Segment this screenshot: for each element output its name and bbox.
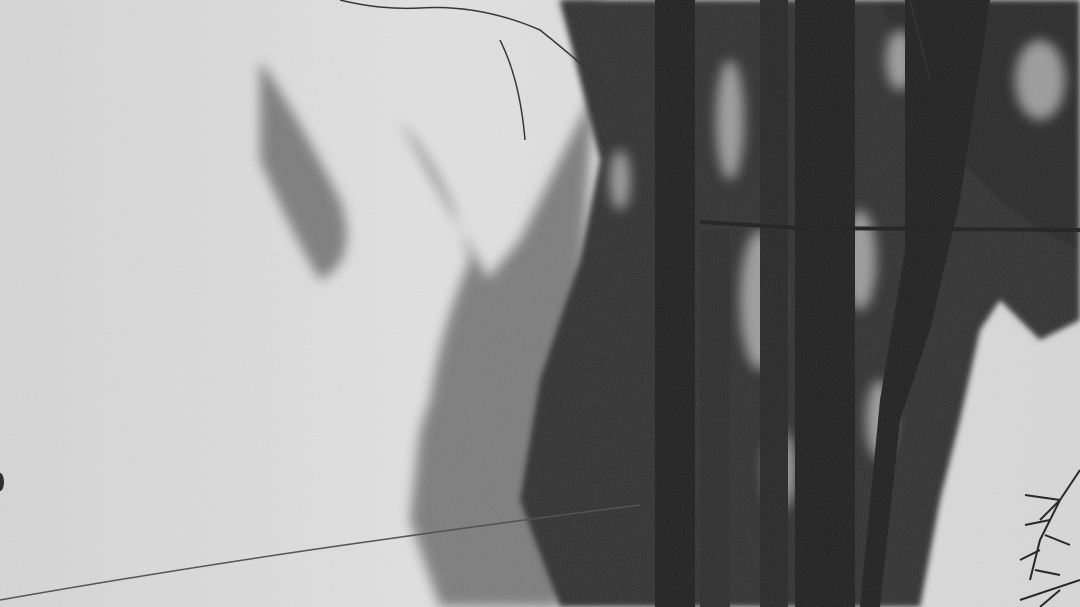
- film-grain: [0, 0, 1080, 607]
- photo-scene: [0, 0, 1080, 607]
- tree-photograph: Grainy black-and-white photo of dark tre…: [0, 0, 1080, 607]
